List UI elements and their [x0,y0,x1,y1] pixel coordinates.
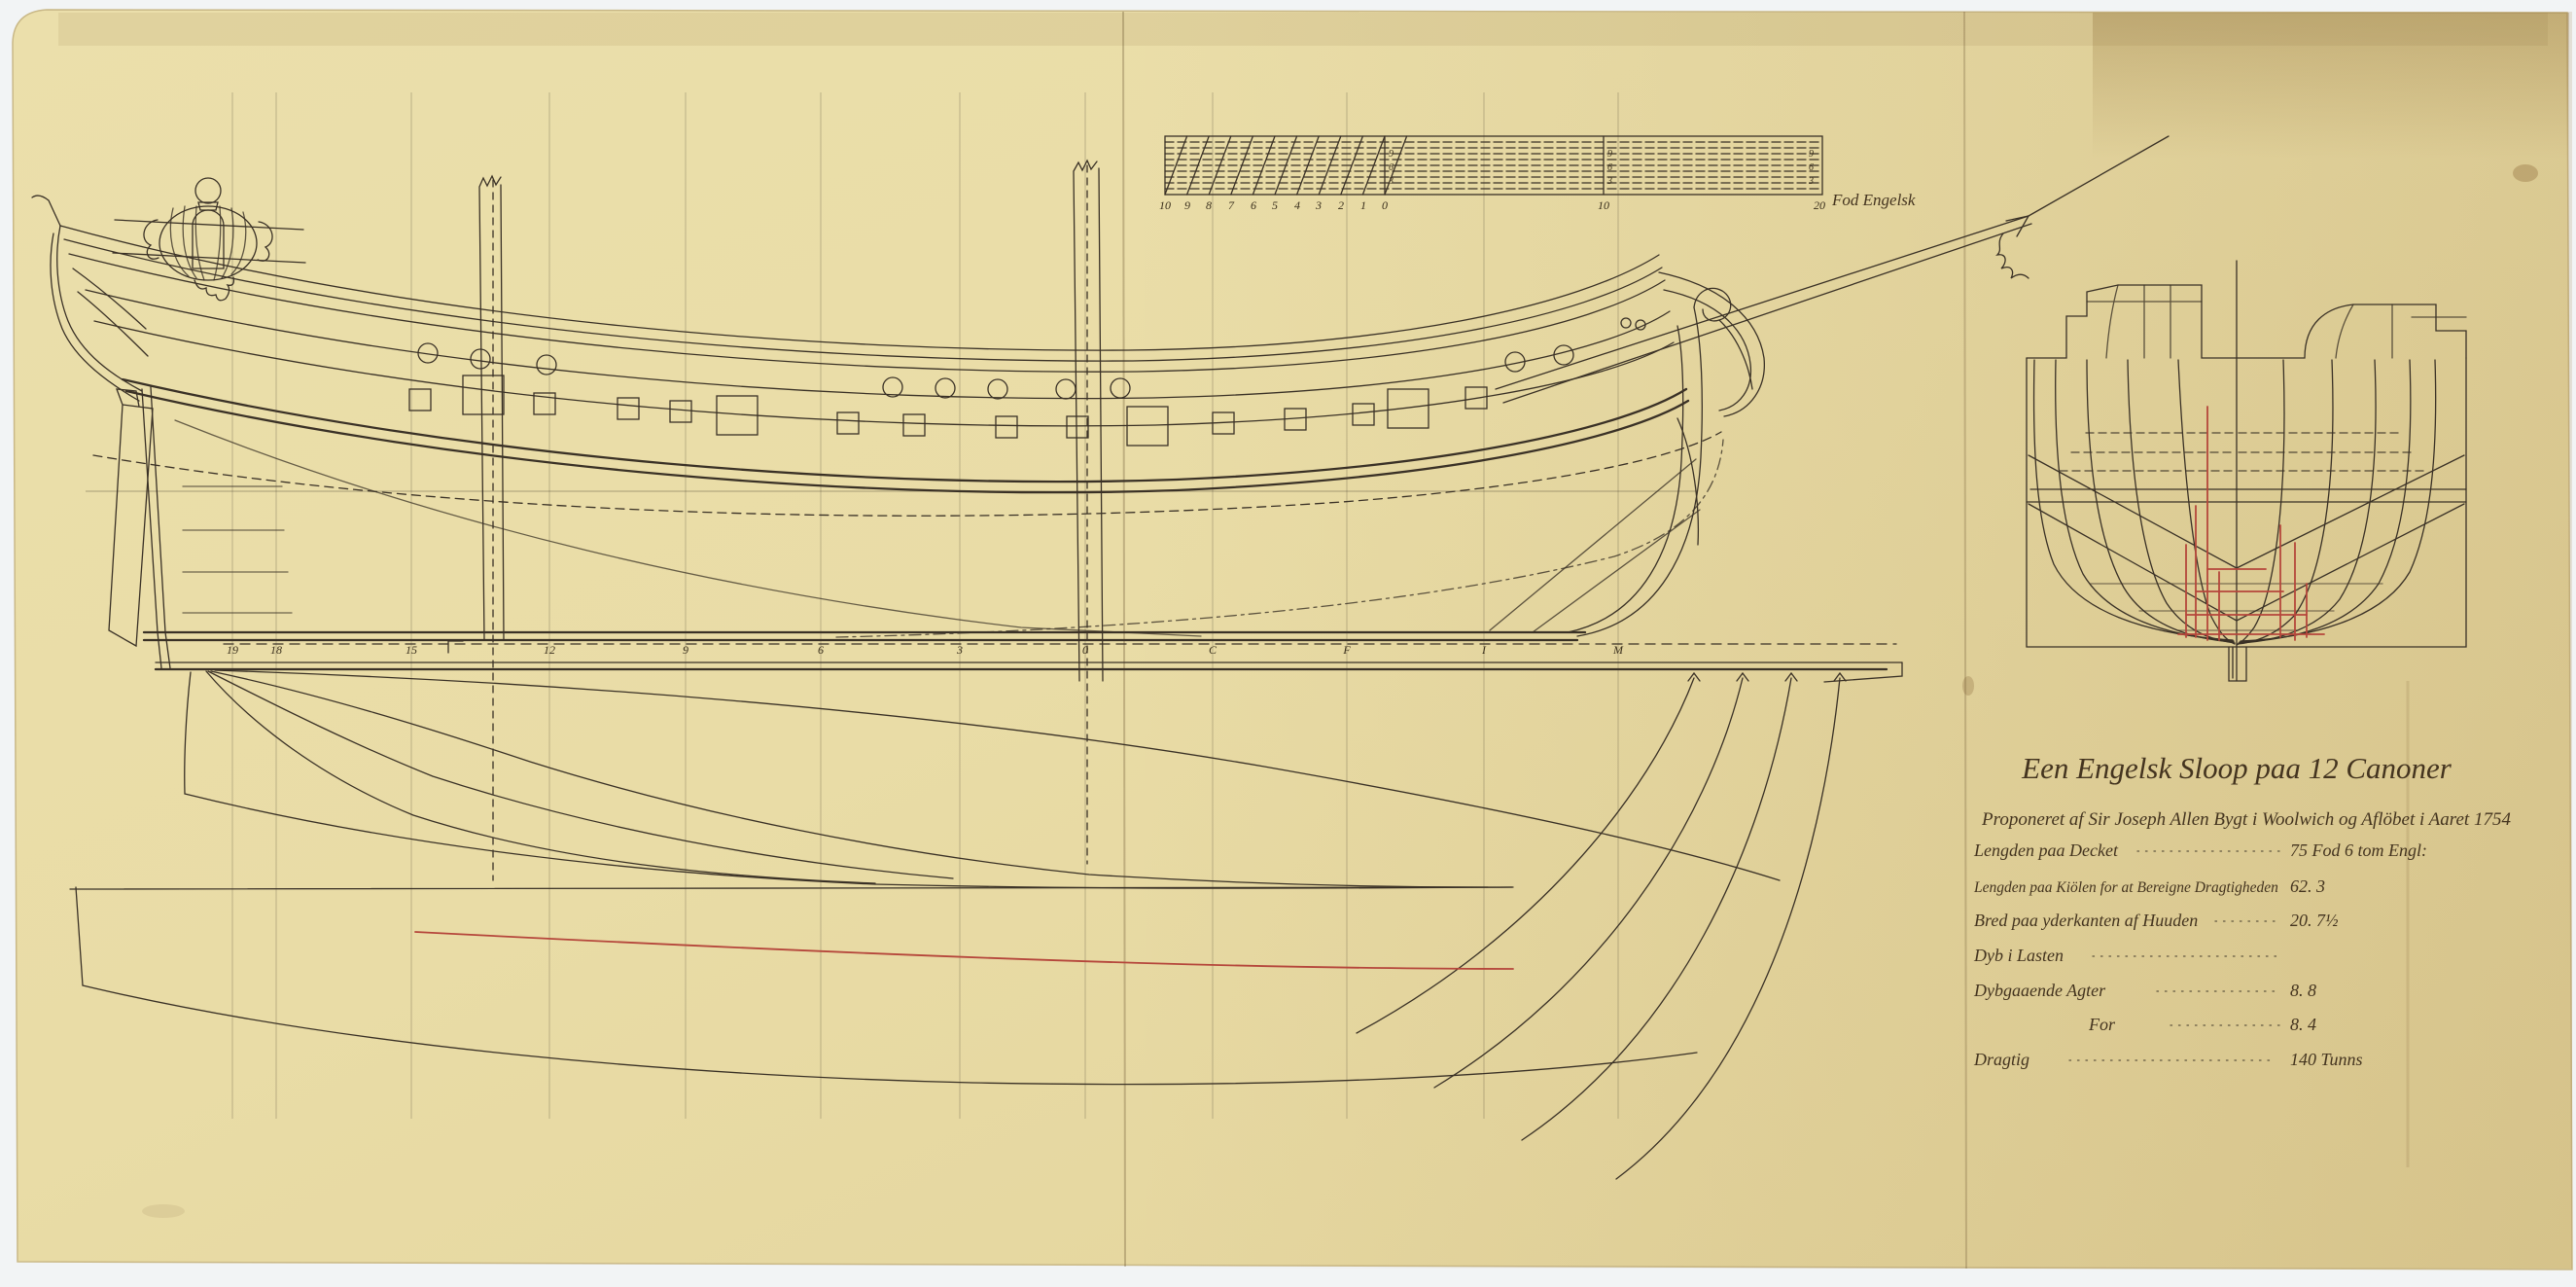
scale-tick-digit: 9 [1389,149,1394,160]
drawing-subtitle: Proponeret af Sir Joseph Allen Bygt i Wo… [1981,809,2511,830]
scale-number: 20 [1814,198,1825,212]
scale-tick-digit: 6 [1607,162,1612,173]
draught-canvas: Fod Engelsk 1098765432101020963963963 [0,0,2576,1287]
dimension-label: Dragtig [1973,1050,2029,1069]
station-label: 3 [956,643,963,657]
station-label: F [1342,643,1351,657]
scale-tick-digit: 9 [1607,149,1612,160]
scale-number: 8 [1206,198,1212,212]
dimension-value: 20. 7½ [2290,911,2339,930]
paper-tone-top-edge [58,13,2548,46]
dimension-label: Lengden paa Decket [1973,840,2119,860]
scale-tick-digit: 6 [1389,162,1394,173]
scale-number: 3 [1315,198,1322,212]
scale-number: 0 [1382,198,1388,212]
scale-number: 2 [1338,198,1344,212]
paper-stain [142,1204,185,1218]
paper-stain [2513,164,2538,182]
scale-number: 10 [1598,198,1609,212]
scale-tick-digit: 3 [1808,176,1814,187]
station-label: 0 [1082,643,1088,657]
scale-tick-digit: 6 [1809,162,1814,173]
dimension-value: 140 Tunns [2290,1050,2363,1069]
dimension-label: Bred paa yderkanten af Huuden [1974,911,2198,930]
dimension-value: 8. 8 [2290,981,2316,1000]
scale-number: 10 [1159,198,1171,212]
scanned-ship-draught: Fod Engelsk 1098765432101020963963963 [0,0,2576,1287]
station-label: 18 [270,643,282,657]
station-label: 12 [544,643,555,657]
dimension-label: For [2088,1015,2116,1034]
scale-tick-digit: 9 [1809,149,1814,160]
dimension-label: Dybgaaende Agter [1973,981,2106,1000]
dimension-label: Lengden paa Kiölen for at Bereigne Dragt… [1973,879,2278,896]
scale-number: 4 [1294,198,1300,212]
scale-number: 1 [1360,198,1366,212]
paper-stain [1962,676,1974,696]
station-label: 9 [683,643,688,657]
scale-number: 5 [1272,198,1278,212]
dimension-value: 8. 4 [2290,1015,2316,1034]
scale-tick-digit: 3 [1388,176,1394,187]
station-label: 19 [227,643,238,657]
scale-number: 9 [1184,198,1190,212]
scale-tick-digit: 3 [1606,176,1612,187]
scale-number: 6 [1251,198,1256,212]
dimension-label: Dyb i Lasten [1973,946,2064,965]
dimension-value: 62. 3 [2290,876,2325,896]
station-label: 6 [818,643,824,657]
station-label: M [1612,643,1624,657]
station-label: 15 [406,643,417,657]
dimension-value: 75 Fod 6 tom Engl: [2290,840,2427,860]
table-row: Lengden paa Kiölen for at Bereigne Dragt… [1973,876,2325,896]
scale-number: 7 [1228,198,1235,212]
drawing-title: Een Engelsk Sloop paa 12 Canoner [2021,751,2452,785]
scale-unit-label: Fod Engelsk [1831,191,1916,209]
station-label: C [1209,643,1217,657]
